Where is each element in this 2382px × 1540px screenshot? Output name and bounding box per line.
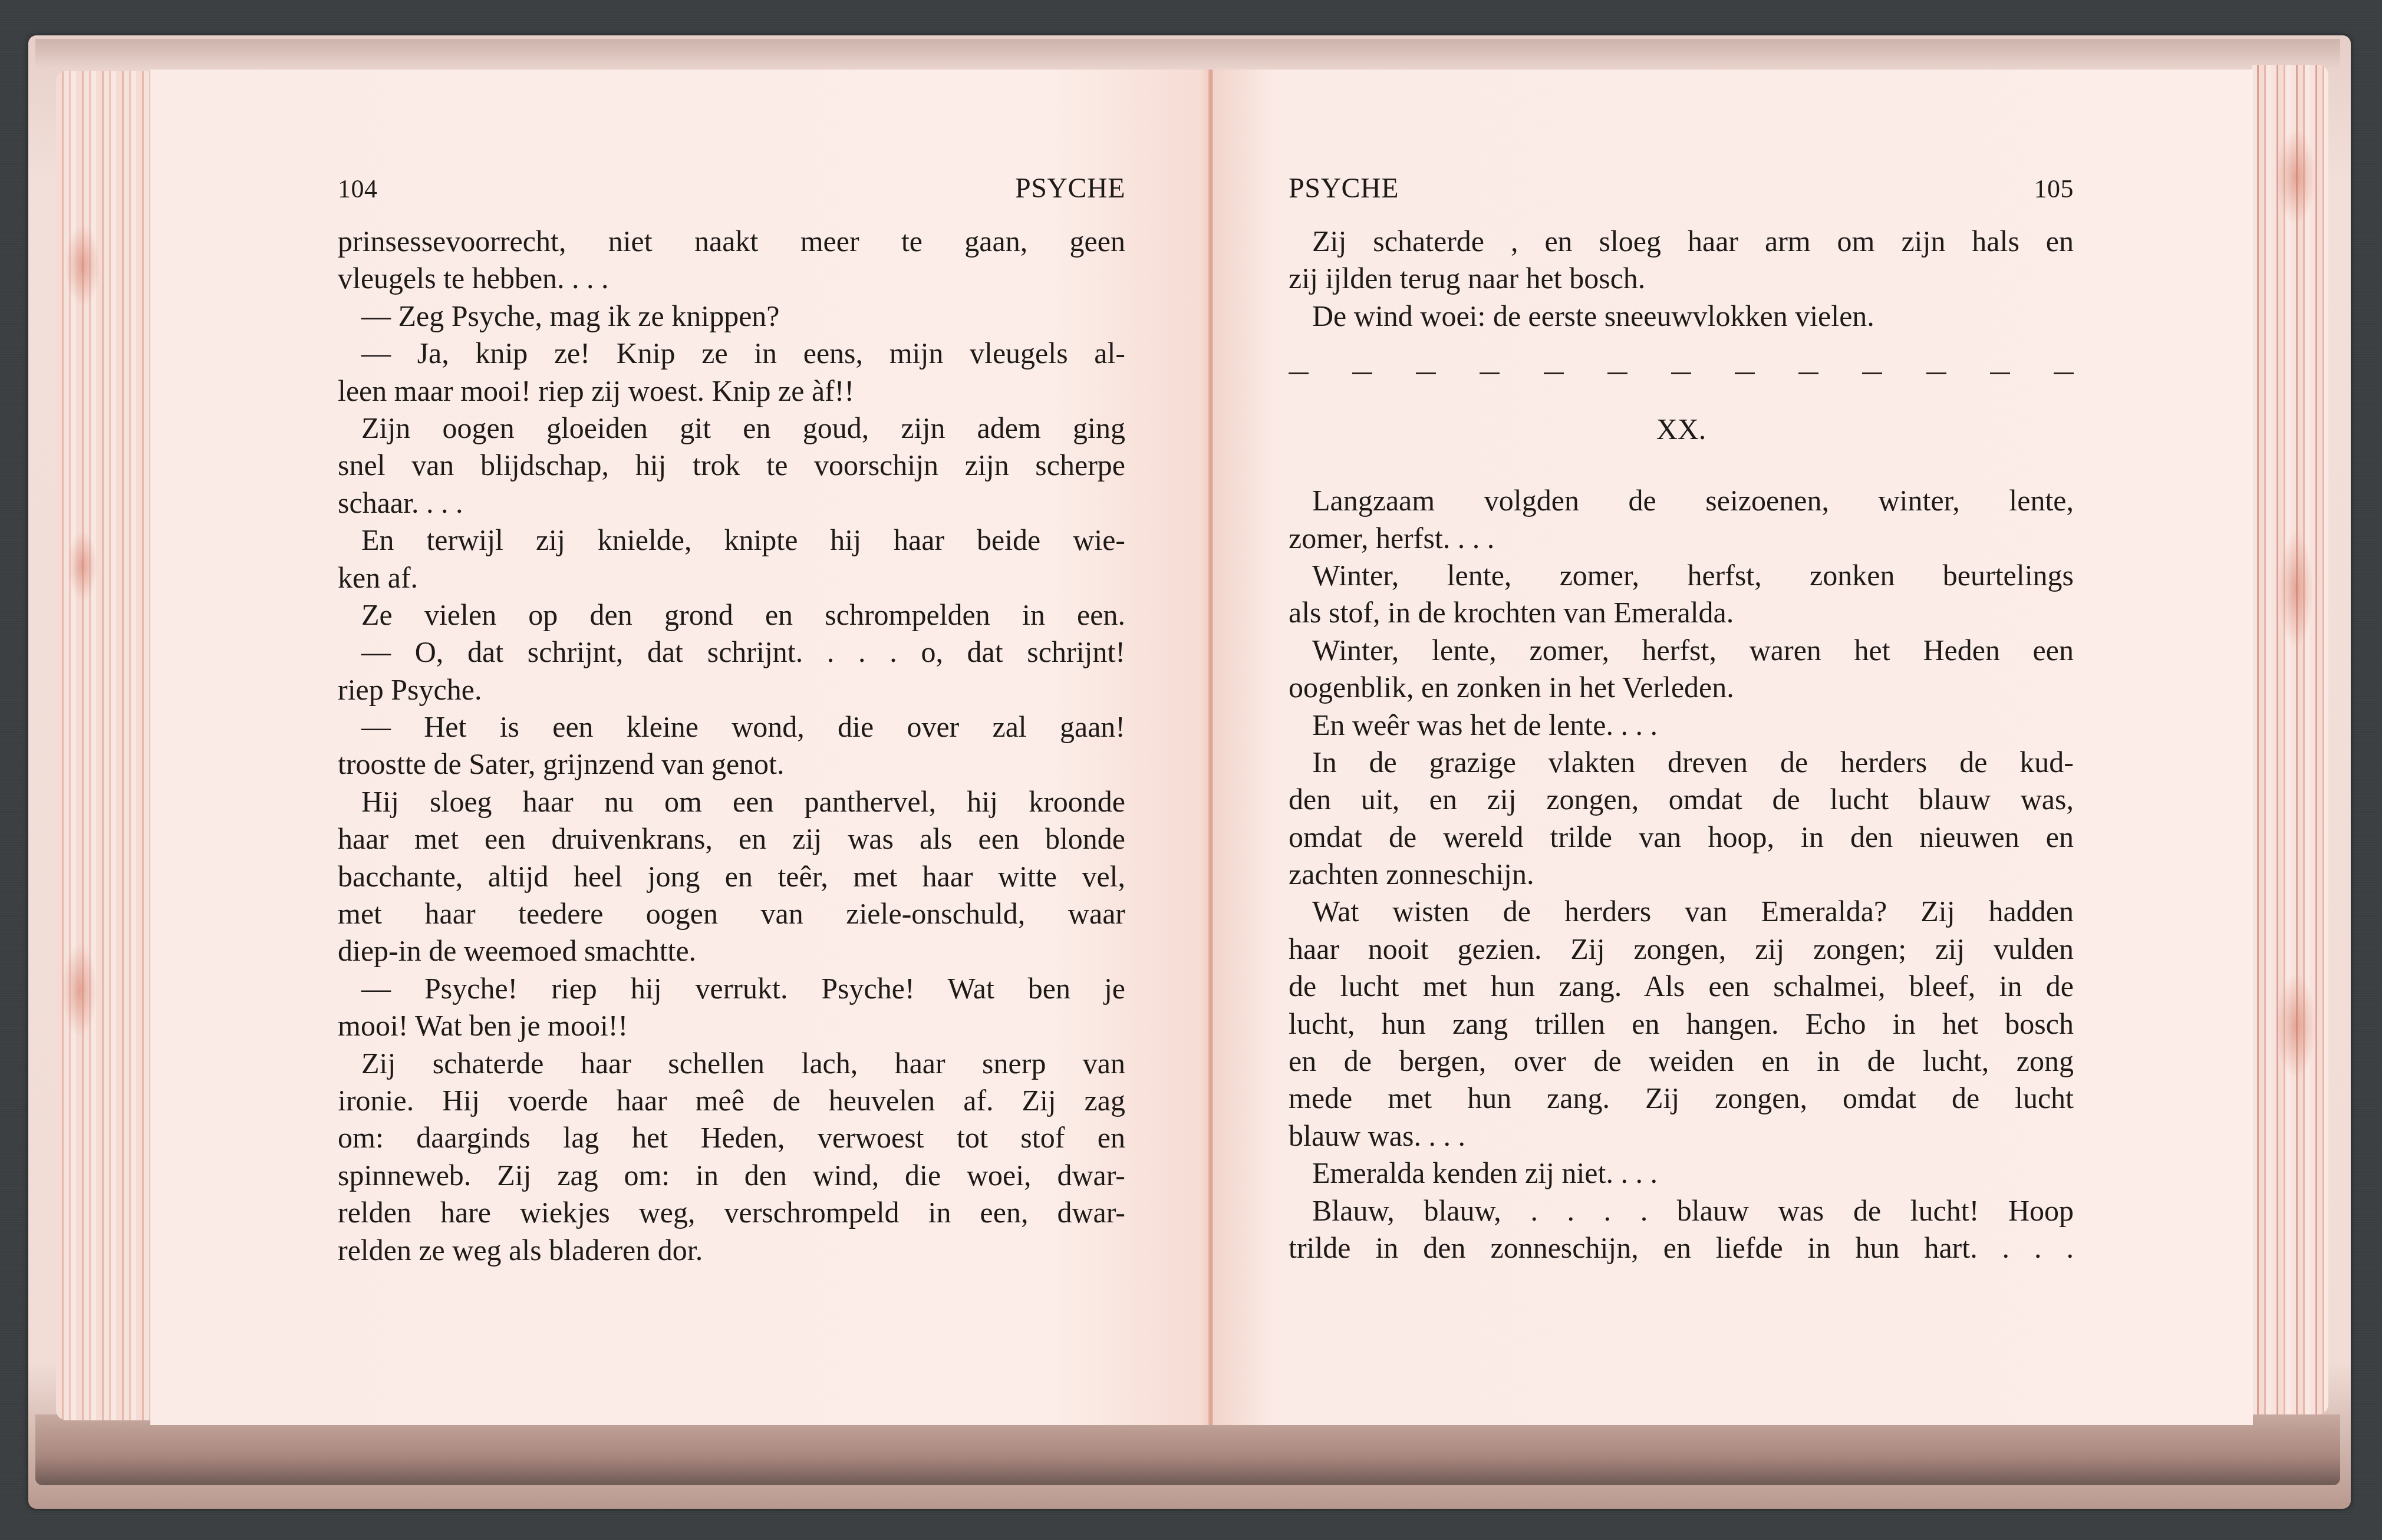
- book-cover-bottom-edge: [35, 1414, 2340, 1485]
- text-line: lucht, hun zang trillen en hangen. Echo …: [1289, 1005, 2074, 1043]
- text-line: als stof, in de krochten van Emeralda.: [1289, 594, 2074, 631]
- text-line: Hij sloeg haar nu om een panthervel, hij…: [338, 783, 1125, 820]
- page-edges-right: [2252, 65, 2328, 1414]
- text-line: relden ze weg als bladeren dor.: [338, 1232, 1125, 1269]
- text-line: om: daarginds lag het Heden, verwoest to…: [338, 1119, 1125, 1156]
- running-title: PSYCHE: [1289, 170, 1399, 207]
- text-line: relden hare wiekjes weg, verschrompeld i…: [338, 1194, 1125, 1231]
- text-line: prinsessevoorrecht, niet naakt meer te g…: [338, 223, 1125, 260]
- text-line: en de bergen, over de weiden en in de lu…: [1289, 1043, 2074, 1080]
- text-line: De wind woei: de eerste sneeuwvlokken vi…: [1289, 298, 2074, 335]
- foxing-stain: [2278, 530, 2314, 648]
- text-line: mede met hun zang. Zij zongen, omdat de …: [1289, 1080, 2074, 1117]
- text-line: haar met een druivenkrans, en zij was al…: [338, 820, 1125, 858]
- text-line: Zij schaterde haar schellen lach, haar s…: [338, 1045, 1125, 1082]
- text-line: de lucht met hun zang. Als een schalmei,…: [1289, 968, 2074, 1005]
- book-gutter: [1208, 70, 1213, 1425]
- text-line: zomer, herfst. . . .: [1289, 520, 2074, 557]
- text-line: zachten zonneschijn.: [1289, 856, 2074, 893]
- text-line: den uit, en zij zongen, omdat de lucht b…: [1289, 781, 2074, 818]
- right-running-head: PSYCHE 105: [1289, 170, 2074, 223]
- text-line: — Ja, knip ze! Knip ze in eens, mijn vle…: [338, 335, 1125, 372]
- text-line: Zijn oogen gloeiden git en goud, zijn ad…: [338, 410, 1125, 447]
- text-line: spinneweb. Zij zag om: in den wind, die …: [338, 1157, 1125, 1194]
- text-line: Ze vielen op den grond en schrompelden i…: [338, 596, 1125, 634]
- text-line: — Psyche! riep hij verrukt. Psyche! Wat …: [338, 970, 1125, 1007]
- foxing-stain: [65, 224, 100, 306]
- text-line: — Het is een kleine wond, die over zal g…: [338, 708, 1125, 746]
- book-cover-top-edge: [35, 39, 2340, 68]
- text-line: Winter, lente, zomer, herfst, zonken beu…: [1289, 557, 2074, 594]
- text-line: ken af.: [338, 559, 1125, 596]
- text-line: haar nooit gezien. Zij zongen, zij zonge…: [1289, 931, 2074, 968]
- text-line: omdat de wereld trilde van hoop, in den …: [1289, 819, 2074, 856]
- text-line: Zij schaterde , en sloeg haar arm om zij…: [1289, 223, 2074, 260]
- section-break-dashes: [1289, 335, 2074, 400]
- text-line: En terwijl zij knielde, knipte hij haar …: [338, 522, 1125, 559]
- text-line: Blauw, blauw, . . . . blauw was de lucht…: [1289, 1192, 2074, 1229]
- page-number: 104: [338, 170, 378, 207]
- text-line: zij ijlden terug naar het bosch.: [1289, 260, 2074, 297]
- text-line: leen maar mooi! riep zij woest. Knip ze …: [338, 372, 1125, 410]
- text-line: Langzaam volgden de seizoenen, winter, l…: [1289, 482, 2074, 519]
- page-number: 105: [2034, 170, 2074, 207]
- right-body: Langzaam volgden de seizoenen, winter, l…: [1289, 482, 2074, 1267]
- text-line: In de grazige vlakten dreven de herders …: [1289, 744, 2074, 781]
- dash: [1352, 372, 1372, 374]
- dash: [1735, 372, 1755, 374]
- text-line: — O, dat schrijnt, dat schrijnt. . . . o…: [338, 634, 1125, 671]
- left-body: prinsessevoorrecht, niet naakt meer te g…: [338, 223, 1125, 1269]
- text-line: oogenblik, en zonken in het Verleden.: [1289, 669, 2074, 706]
- dash: [1990, 372, 2010, 374]
- dash: [1416, 372, 1436, 374]
- dash: [1798, 372, 1818, 374]
- dash: [1607, 372, 1627, 374]
- text-line: ironie. Hij voerde haar meê de heuvelen …: [338, 1082, 1125, 1119]
- text-line: bacchante, altijd heel jong en teêr, met…: [338, 858, 1125, 895]
- right-top-body: Zij schaterde , en sloeg haar arm om zij…: [1289, 223, 2074, 335]
- text-line: trilde in den zonneschijn, en liefde in …: [1289, 1229, 2074, 1267]
- dash: [1544, 372, 1564, 374]
- text-line: — Zeg Psyche, mag ik ze knippen?: [338, 298, 1125, 335]
- dash: [1926, 372, 1946, 374]
- foxing-stain: [62, 943, 97, 1037]
- text-line: met haar teedere oogen van ziele-onschul…: [338, 895, 1125, 932]
- foxing-stain: [2275, 972, 2317, 1079]
- dash: [1480, 372, 1500, 374]
- text-line: vleugels te hebben. . . .: [338, 260, 1125, 297]
- text-line: snel van blijdschap, hij trok te voorsch…: [338, 447, 1125, 484]
- foxing-stain: [68, 530, 97, 601]
- left-page-text: 104 PSYCHE prinsessevoorrecht, niet naak…: [338, 170, 1125, 1269]
- text-line: En weêr was het de lente. . . .: [1289, 707, 2074, 744]
- text-line: riep Psyche.: [338, 671, 1125, 708]
- chapter-heading: XX.: [1289, 400, 2074, 482]
- text-line: diep-in de weemoed smachtte.: [338, 932, 1125, 969]
- text-line: troostte de Sater, grijnzend van genot.: [338, 746, 1125, 783]
- dash: [1862, 372, 1882, 374]
- dash: [2054, 372, 2074, 374]
- dash: [1289, 372, 1309, 374]
- text-line: Emeralda kenden zij niet. . . .: [1289, 1155, 2074, 1192]
- text-line: blauw was. . . .: [1289, 1117, 2074, 1155]
- foxing-stain: [2275, 130, 2317, 224]
- running-title: PSYCHE: [1015, 170, 1125, 207]
- text-line: schaar. . . .: [338, 484, 1125, 522]
- left-running-head: 104 PSYCHE: [338, 170, 1125, 223]
- dash: [1671, 372, 1691, 374]
- text-line: Wat wisten de herders van Emeralda? Zij …: [1289, 893, 2074, 930]
- text-line: Winter, lente, zomer, herfst, waren het …: [1289, 632, 2074, 669]
- text-line: mooi! Wat ben je mooi!!: [338, 1007, 1125, 1044]
- right-page-text: PSYCHE 105 Zij schaterde , en sloeg haar…: [1289, 170, 2074, 1267]
